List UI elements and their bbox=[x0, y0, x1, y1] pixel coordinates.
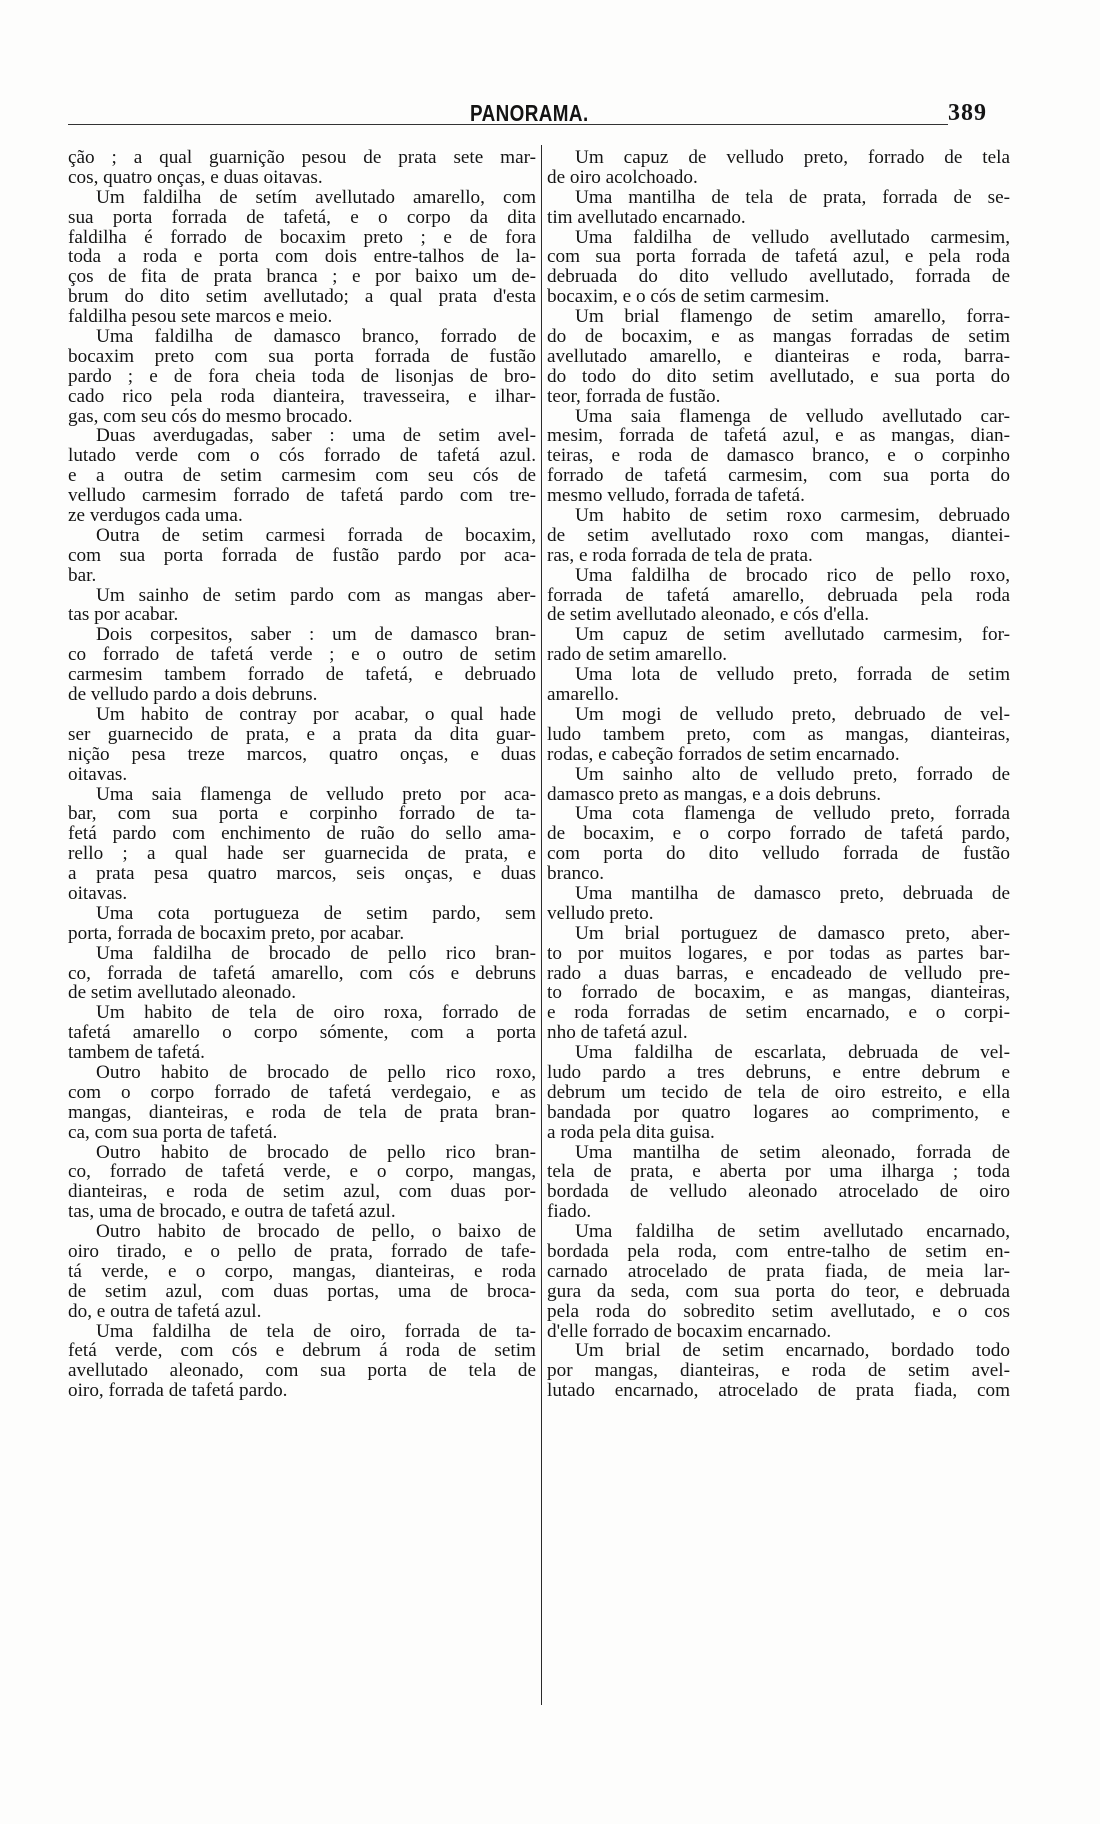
paragraph: Um brial portuguez de damasco preto, abe… bbox=[547, 924, 1010, 1043]
text-line: Outro habito de brocado de pello, o baix… bbox=[68, 1222, 536, 1242]
text-line: Uma faldilha de setim avellutado encarna… bbox=[547, 1222, 1010, 1242]
text-line: de setim avellutado aleonado, e cós d'el… bbox=[547, 605, 1010, 625]
text-line: carmesim tambem forrado de tafetá, e deb… bbox=[68, 665, 536, 685]
text-line: nição pesa treze marcos, quatro onças, e… bbox=[68, 745, 536, 765]
text-line: co forrado de tafetá verde ; e o outro d… bbox=[68, 645, 536, 665]
text-line: velludo preto. bbox=[547, 904, 1010, 924]
text-line: com porta do dito velludo forrada de fus… bbox=[547, 844, 1010, 864]
text-line: faldilha é forrado de bocaxim preto ; e … bbox=[68, 228, 536, 248]
text-line: Uma faldilha de damasco branco, forrado … bbox=[68, 327, 536, 347]
text-line: Um capuz de setim avellutado carmesim, f… bbox=[547, 625, 1010, 645]
left-column: ção ; a qual guarnição pesou de prata se… bbox=[68, 148, 536, 1401]
text-line: Outro habito de brocado de pello rico br… bbox=[68, 1143, 536, 1163]
paragraph: Uma saia flamenga de velludo preto por a… bbox=[68, 785, 536, 904]
text-line: fetá pardo com enchimento de ruão do sel… bbox=[68, 824, 536, 844]
column-divider bbox=[541, 145, 542, 1705]
text-line: Uma lota de velludo preto, forrada de se… bbox=[547, 665, 1010, 685]
text-line: to forrado de bocaxim, e as mangas, dian… bbox=[547, 983, 1010, 1003]
paragraph: Uma saia flamenga de velludo avellutado … bbox=[547, 407, 1010, 506]
paragraph: ção ; a qual guarnição pesou de prata se… bbox=[68, 148, 536, 188]
text-line: ras, e roda forrada de tela de prata. bbox=[547, 546, 1010, 566]
text-line: lutado verde com o cós forrado de tafetá… bbox=[68, 446, 536, 466]
text-line: ludo tambem preto, com as mangas, diante… bbox=[547, 725, 1010, 745]
text-line: avellutado aleonado, com sua porta de te… bbox=[68, 1361, 536, 1381]
text-line: mangas, dianteiras, e roda de tela de pr… bbox=[68, 1103, 536, 1123]
text-line: tá verde, e o corpo, mangas, dianteiras,… bbox=[68, 1262, 536, 1282]
paragraph: Um brial flamengo de setim amarello, for… bbox=[547, 307, 1010, 406]
paragraph: Uma cota portugueza de setim pardo, semp… bbox=[68, 904, 536, 944]
text-line: gas, com seu cós do mesmo brocado. bbox=[68, 407, 536, 427]
text-line: d'elle forrado de bocaxim encarnado. bbox=[547, 1322, 1010, 1342]
text-line: lutado encarnado, atrocelado de prata fi… bbox=[547, 1381, 1010, 1401]
text-line: forrado de tafetá carmesim, com sua port… bbox=[547, 466, 1010, 486]
text-line: bar, com sua porta e corpinho forrado de… bbox=[68, 804, 536, 824]
text-line: mesim, forrada de tafetá azul, e as mang… bbox=[547, 426, 1010, 446]
text-line: tim avellutado encarnado. bbox=[547, 208, 1010, 228]
paragraph: Uma faldilha de brocado rico de pello ro… bbox=[547, 566, 1010, 626]
text-line: avellutado amarello, e dianteiras e roda… bbox=[547, 347, 1010, 367]
text-line: Um faldilha de setím avellutado amarello… bbox=[68, 188, 536, 208]
text-line: tas por acabar. bbox=[68, 605, 536, 625]
text-line: de setim azul, com duas portas, uma de b… bbox=[68, 1282, 536, 1302]
paragraph: Dois corpesitos, saber : um de damasco b… bbox=[68, 625, 536, 705]
text-line: ção ; a qual guarnição pesou de prata se… bbox=[68, 148, 536, 168]
text-line: teor, forrada de fustão. bbox=[547, 387, 1010, 407]
paragraph: Um brial de setim encarnado, bordado tod… bbox=[547, 1341, 1010, 1401]
paragraph: Uma mantilha de damasco preto, debruada … bbox=[547, 884, 1010, 924]
text-line: tas, uma de brocado, e outra de tafetá a… bbox=[68, 1202, 536, 1222]
text-line: Um mogi de velludo preto, debruado de ve… bbox=[547, 705, 1010, 725]
text-line: oiro, forrada de tafetá pardo. bbox=[68, 1381, 536, 1401]
paragraph: Uma faldilha de setim avellutado encarna… bbox=[547, 1222, 1010, 1341]
text-line: toda a roda e porta com dois entre-talho… bbox=[68, 247, 536, 267]
text-line: oitavas. bbox=[68, 765, 536, 785]
text-line: rado a duas barras, e encadeado de vellu… bbox=[547, 964, 1010, 984]
text-line: tafetá amarello o corpo sómente, com a p… bbox=[68, 1023, 536, 1043]
text-line: bandada por quatro logares ao compriment… bbox=[547, 1103, 1010, 1123]
text-line: co, forrada de tafetá amarello, com cós … bbox=[68, 964, 536, 984]
text-line: Um habito de setim roxo carmesim, debrua… bbox=[547, 506, 1010, 526]
text-line: teiras, e roda de damasco branco, e o co… bbox=[547, 446, 1010, 466]
paragraph: Um capuz de setim avellutado carmesim, f… bbox=[547, 625, 1010, 665]
text-line: com sua porta forrada de fustão pardo po… bbox=[68, 546, 536, 566]
paragraph: Outra de setim carmesi forrada de bocaxi… bbox=[68, 526, 536, 586]
text-line: Um habito de contray por acabar, o qual … bbox=[68, 705, 536, 725]
text-line: com sua porta forrada de tafetá azul, e … bbox=[547, 247, 1010, 267]
text-line: co, forrado de tafetá verde, e o corpo, … bbox=[68, 1162, 536, 1182]
text-line: e a outra de setim carmesim com seu cós … bbox=[68, 466, 536, 486]
paragraph: Uma cota flamenga de velludo preto, forr… bbox=[547, 804, 1010, 884]
text-line: ca, com sua porta de tafetá. bbox=[68, 1123, 536, 1143]
paragraph: Um habito de contray por acabar, o qual … bbox=[68, 705, 536, 785]
text-line: bocaxim preto com sua porta forrada de f… bbox=[68, 347, 536, 367]
text-line: oitavas. bbox=[68, 884, 536, 904]
text-line: Uma saia flamenga de velludo preto por a… bbox=[68, 785, 536, 805]
paragraph: Um habito de setim roxo carmesim, debrua… bbox=[547, 506, 1010, 566]
text-line: a prata pesa quatro marcos, seis onças, … bbox=[68, 864, 536, 884]
text-line: ços de fita de prata branca ; e por baix… bbox=[68, 267, 536, 287]
text-line: tela de prata, e aberta por uma ilharga … bbox=[547, 1162, 1010, 1182]
text-line: Um sainho de setim pardo com as mangas a… bbox=[68, 586, 536, 606]
text-line: forrada de tafetá amarello, debruada pel… bbox=[547, 586, 1010, 606]
paragraph: Uma faldilha de damasco branco, forrado … bbox=[68, 327, 536, 426]
running-title: PANORAMA. bbox=[470, 100, 589, 127]
text-line: com o corpo forrado de tafetá verdegaio,… bbox=[68, 1083, 536, 1103]
text-line: sua porta forrada de tafetá, e o corpo d… bbox=[68, 208, 536, 228]
paragraph: Uma faldilha de escarlata, debruada de v… bbox=[547, 1043, 1010, 1142]
right-column: Um capuz de velludo preto, forrado de te… bbox=[547, 148, 1010, 1401]
text-line: Um habito de tela de oiro roxa, forrado … bbox=[68, 1003, 536, 1023]
text-line: Um capuz de velludo preto, forrado de te… bbox=[547, 148, 1010, 168]
paragraph: Duas averdugadas, saber : uma de setim a… bbox=[68, 426, 536, 525]
text-line: Uma faldilha de escarlata, debruada de v… bbox=[547, 1043, 1010, 1063]
text-line: porta, forrada de bocaxim preto, por aca… bbox=[68, 924, 536, 944]
text-line: rado de setim amarello. bbox=[547, 645, 1010, 665]
text-line: Um sainho alto de velludo preto, forrado… bbox=[547, 765, 1010, 785]
text-line: por mangas, dianteiras, e roda de setim … bbox=[547, 1361, 1010, 1381]
paragraph: Uma lota de velludo preto, forrada de se… bbox=[547, 665, 1010, 705]
header-rule bbox=[68, 124, 948, 125]
text-line: ludo pardo a tres debruns, e entre debru… bbox=[547, 1063, 1010, 1083]
text-line: Uma mantilha de damasco preto, debruada … bbox=[547, 884, 1010, 904]
text-line: pela roda do sobredito setim avellutado,… bbox=[547, 1302, 1010, 1322]
text-line: mesmo velludo, forrada de tafetá. bbox=[547, 486, 1010, 506]
paragraph: Um habito de tela de oiro roxa, forrado … bbox=[68, 1003, 536, 1063]
book-page: PANORAMA. 389 ção ; a qual guarnição pes… bbox=[0, 0, 1100, 1824]
text-line: de oiro acolchoado. bbox=[547, 168, 1010, 188]
text-line: Outro habito de brocado de pello rico ro… bbox=[68, 1063, 536, 1083]
text-line: Uma mantilha de tela de prata, forrada d… bbox=[547, 188, 1010, 208]
text-line: Um brial flamengo de setim amarello, for… bbox=[547, 307, 1010, 327]
text-line: pardo ; e de fora cheia toda de lisonjas… bbox=[68, 367, 536, 387]
text-line: ze verdugos cada uma. bbox=[68, 506, 536, 526]
paragraph: Um sainho alto de velludo preto, forrado… bbox=[547, 765, 1010, 805]
text-line: Outra de setim carmesi forrada de bocaxi… bbox=[68, 526, 536, 546]
paragraph: Um sainho de setim pardo com as mangas a… bbox=[68, 586, 536, 626]
text-line: Uma faldilha de brocado rico de pello ro… bbox=[547, 566, 1010, 586]
text-line: fetá verde, com cós e debrum á roda de s… bbox=[68, 1341, 536, 1361]
text-line: bordada pela roda, com entre-talho de se… bbox=[547, 1242, 1010, 1262]
text-line: do todo do dito setim avellutado, e sua … bbox=[547, 367, 1010, 387]
text-line: Uma saia flamenga de velludo avellutado … bbox=[547, 407, 1010, 427]
text-line: de bocaxim, e o corpo forrado de tafetá … bbox=[547, 824, 1010, 844]
text-line: nho de tafetá azul. bbox=[547, 1023, 1010, 1043]
text-line: debruada do dito velludo avellutado, for… bbox=[547, 267, 1010, 287]
text-line: amarello. bbox=[547, 685, 1010, 705]
running-header: PANORAMA. 389 bbox=[0, 100, 1100, 140]
text-line: damasco preto as mangas, e a dois debrun… bbox=[547, 785, 1010, 805]
text-line: cado rico pela roda dianteira, travessei… bbox=[68, 387, 536, 407]
text-line: brum do dito setim avellutado; a qual pr… bbox=[68, 287, 536, 307]
text-line: Uma cota flamenga de velludo preto, forr… bbox=[547, 804, 1010, 824]
paragraph: Outro habito de brocado de pello rico br… bbox=[68, 1143, 536, 1223]
page-number: 389 bbox=[948, 100, 987, 127]
text-line: velludo carmesim forrado de tafetá pardo… bbox=[68, 486, 536, 506]
text-line: bar. bbox=[68, 566, 536, 586]
text-line: tambem de tafetá. bbox=[68, 1043, 536, 1063]
paragraph: Um mogi de velludo preto, debruado de ve… bbox=[547, 705, 1010, 765]
paragraph: Um faldilha de setím avellutado amarello… bbox=[68, 188, 536, 327]
text-line: Um brial portuguez de damasco preto, abe… bbox=[547, 924, 1010, 944]
paragraph: Outro habito de brocado de pello rico ro… bbox=[68, 1063, 536, 1143]
text-line: a roda pela dita guisa. bbox=[547, 1123, 1010, 1143]
text-line: Uma cota portugueza de setim pardo, sem bbox=[68, 904, 536, 924]
text-line: de setim avellutado roxo com mangas, dia… bbox=[547, 526, 1010, 546]
text-line: do de bocaxim, e as mangas forradas de s… bbox=[547, 327, 1010, 347]
text-line: dianteiras, e roda de setim azul, com du… bbox=[68, 1182, 536, 1202]
text-line: de velludo pardo a dois debruns. bbox=[68, 685, 536, 705]
paragraph: Um capuz de velludo preto, forrado de te… bbox=[547, 148, 1010, 188]
text-line: rodas, e cabeção forrados de setim encar… bbox=[547, 745, 1010, 765]
text-line: Uma faldilha de tela de oiro, forrada de… bbox=[68, 1322, 536, 1342]
paragraph: Uma mantilha de setim aleonado, forrada … bbox=[547, 1143, 1010, 1223]
text-line: faldilha pesou sete marcos e meio. bbox=[68, 307, 536, 327]
paragraph: Uma faldilha de tela de oiro, forrada de… bbox=[68, 1322, 536, 1402]
text-line: de setim avellutado aleonado. bbox=[68, 983, 536, 1003]
paragraph: Uma mantilha de tela de prata, forrada d… bbox=[547, 188, 1010, 228]
text-line: Uma faldilha de brocado de pello rico br… bbox=[68, 944, 536, 964]
text-line: ser guarnecido de prata, e a prata da di… bbox=[68, 725, 536, 745]
text-line: e roda forradas de setim encarnado, e o … bbox=[547, 1003, 1010, 1023]
text-line: Dois corpesitos, saber : um de damasco b… bbox=[68, 625, 536, 645]
text-line: rello ; a qual hade ser guarnecida de pr… bbox=[68, 844, 536, 864]
paragraph: Outro habito de brocado de pello, o baix… bbox=[68, 1222, 536, 1321]
text-line: oiro tirado, e o pello de prata, forrado… bbox=[68, 1242, 536, 1262]
text-line: carnado atrocelado de prata fiada, de me… bbox=[547, 1262, 1010, 1282]
text-line: debrum um tecido de tela de oiro estreit… bbox=[547, 1083, 1010, 1103]
text-line: branco. bbox=[547, 864, 1010, 884]
text-line: Um brial de setim encarnado, bordado tod… bbox=[547, 1341, 1010, 1361]
text-line: Uma faldilha de velludo avellutado carme… bbox=[547, 228, 1010, 248]
text-line: bordada de velludo aleonado atrocelado d… bbox=[547, 1182, 1010, 1202]
text-line: bocaxim, e o cós de setim carmesim. bbox=[547, 287, 1010, 307]
text-line: Uma mantilha de setim aleonado, forrada … bbox=[547, 1143, 1010, 1163]
text-line: do, e outra de tafetá azul. bbox=[68, 1302, 536, 1322]
text-line: cos, quatro onças, e duas oitavas. bbox=[68, 168, 536, 188]
text-line: gura da seda, com sua porta do teor, e d… bbox=[547, 1282, 1010, 1302]
paragraph: Uma faldilha de brocado de pello rico br… bbox=[68, 944, 536, 1004]
text-line: to por muitos logares, e por todas as pa… bbox=[547, 944, 1010, 964]
text-line: Duas averdugadas, saber : uma de setim a… bbox=[68, 426, 536, 446]
text-line: fiado. bbox=[547, 1202, 1010, 1222]
paragraph: Uma faldilha de velludo avellutado carme… bbox=[547, 228, 1010, 308]
